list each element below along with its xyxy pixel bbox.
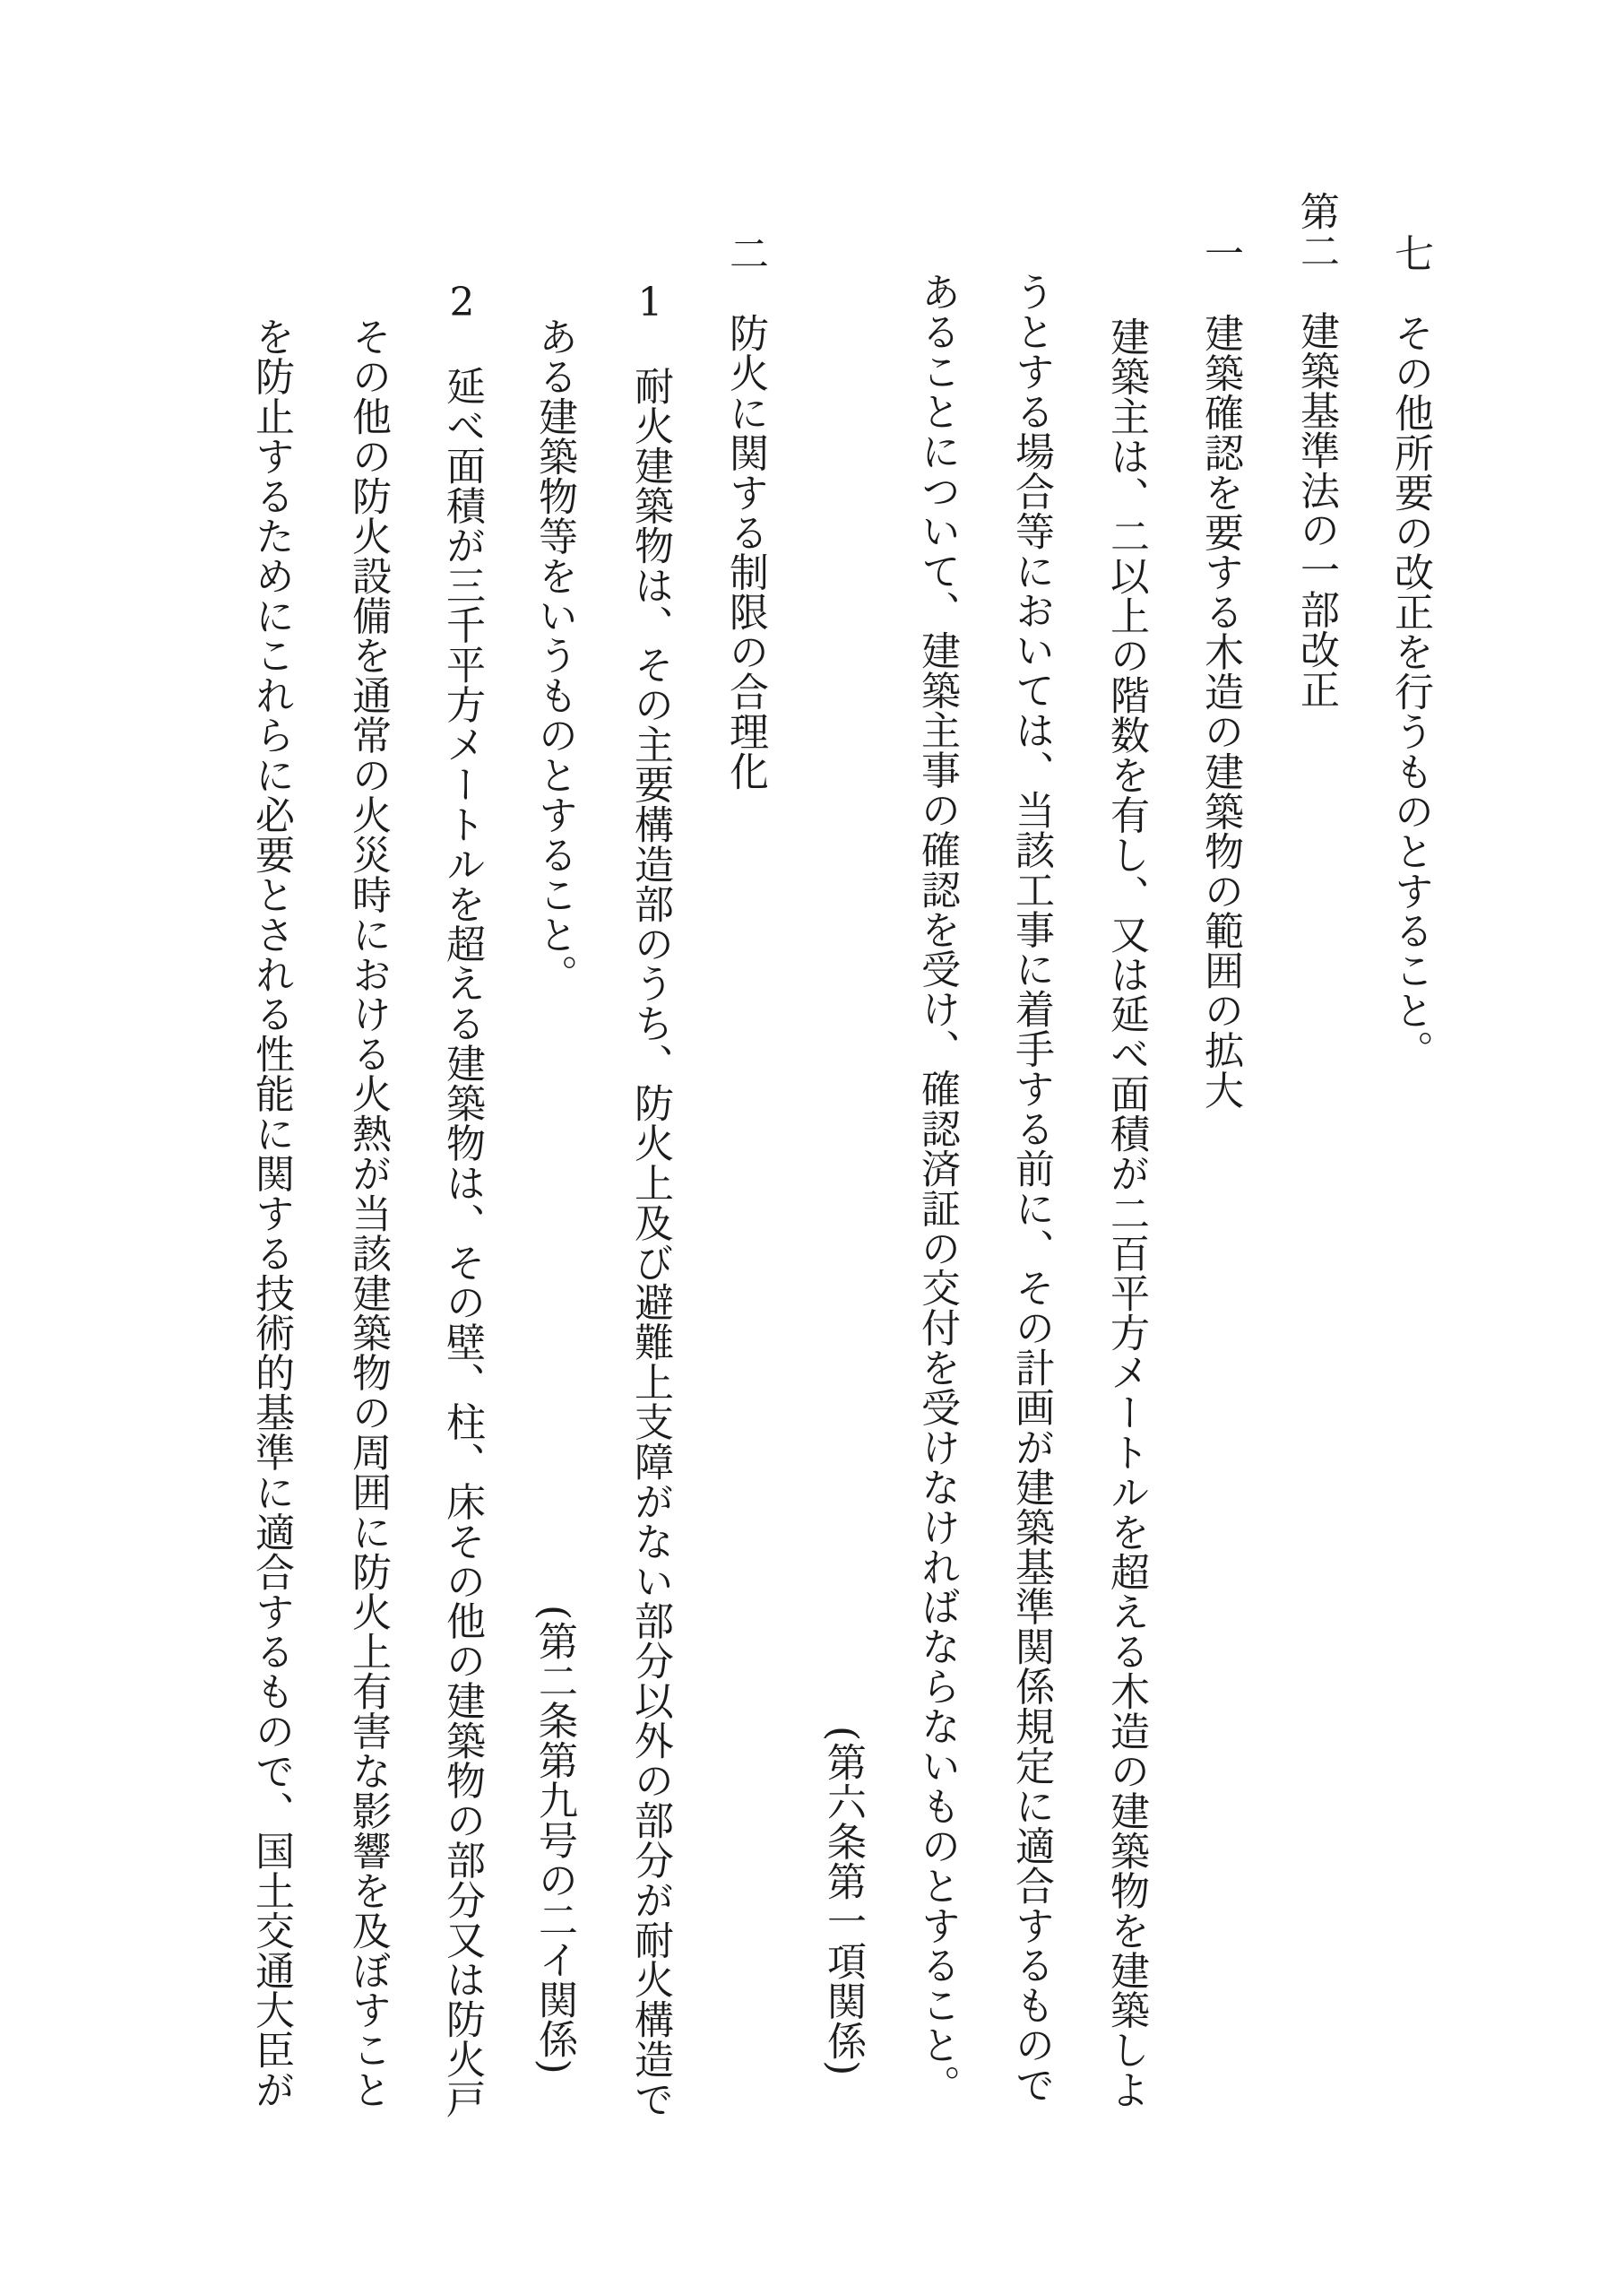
subitem-2-body-line-3: を防止するためにこれらに必要とされる性能に関する技術的基準に適合するもので、国土… bbox=[251, 316, 290, 2109]
item-two-heading: 二 防火に関する制限の合理化 bbox=[725, 233, 764, 791]
item-one-body-line-1: 建築主は、二以上の階数を有し、又は延べ面積が二百平方メートルを超える木造の建築物… bbox=[1106, 316, 1145, 2109]
subitem-2-body-line-2: その他の防火設備を通常の火災時における火熱が当該建築物の周囲に防火上有害な影響を… bbox=[348, 316, 387, 2109]
item-seven-line: 七 その他所要の改正を行うものとすること。 bbox=[1390, 233, 1430, 1070]
item-one-body-line-3: あることについて、建築主事の確認を受け、確認済証の交付を受けなければならないもの… bbox=[917, 272, 956, 2104]
item-one-reference: (第六条第一項関係) bbox=[823, 1726, 862, 2076]
subitem-1-body-line-1: 1 耐火建築物は、その主要構造部のうち、防火上及び避難上支障がない部分以外の部分… bbox=[630, 280, 669, 2118]
subitem-2-body-line-1: 2 延べ面積が三千平方メートルを超える建築物は、その壁、柱、床その他の建築物の部… bbox=[442, 280, 481, 2118]
subitem-1-body-line-2: ある建築物等をいうものとすること。 bbox=[534, 316, 574, 993]
document-page: 七 その他所要の改正を行うものとすること。 第二 建築基準法の一部改正 一 建築… bbox=[0, 0, 1624, 2295]
item-one-heading: 一 建築確認を要する木造の建築物の範囲の拡大 bbox=[1200, 233, 1240, 1110]
subitem-1-reference: (第二条第九号の二イ関係) bbox=[534, 1605, 574, 2074]
item-one-body-line-2: うとする場合等においては、当該工事に着手する前に、その計画が建築基準関係規定に適… bbox=[1011, 272, 1050, 2104]
section-two-heading: 第二 建築基準法の一部改正 bbox=[1296, 191, 1335, 709]
